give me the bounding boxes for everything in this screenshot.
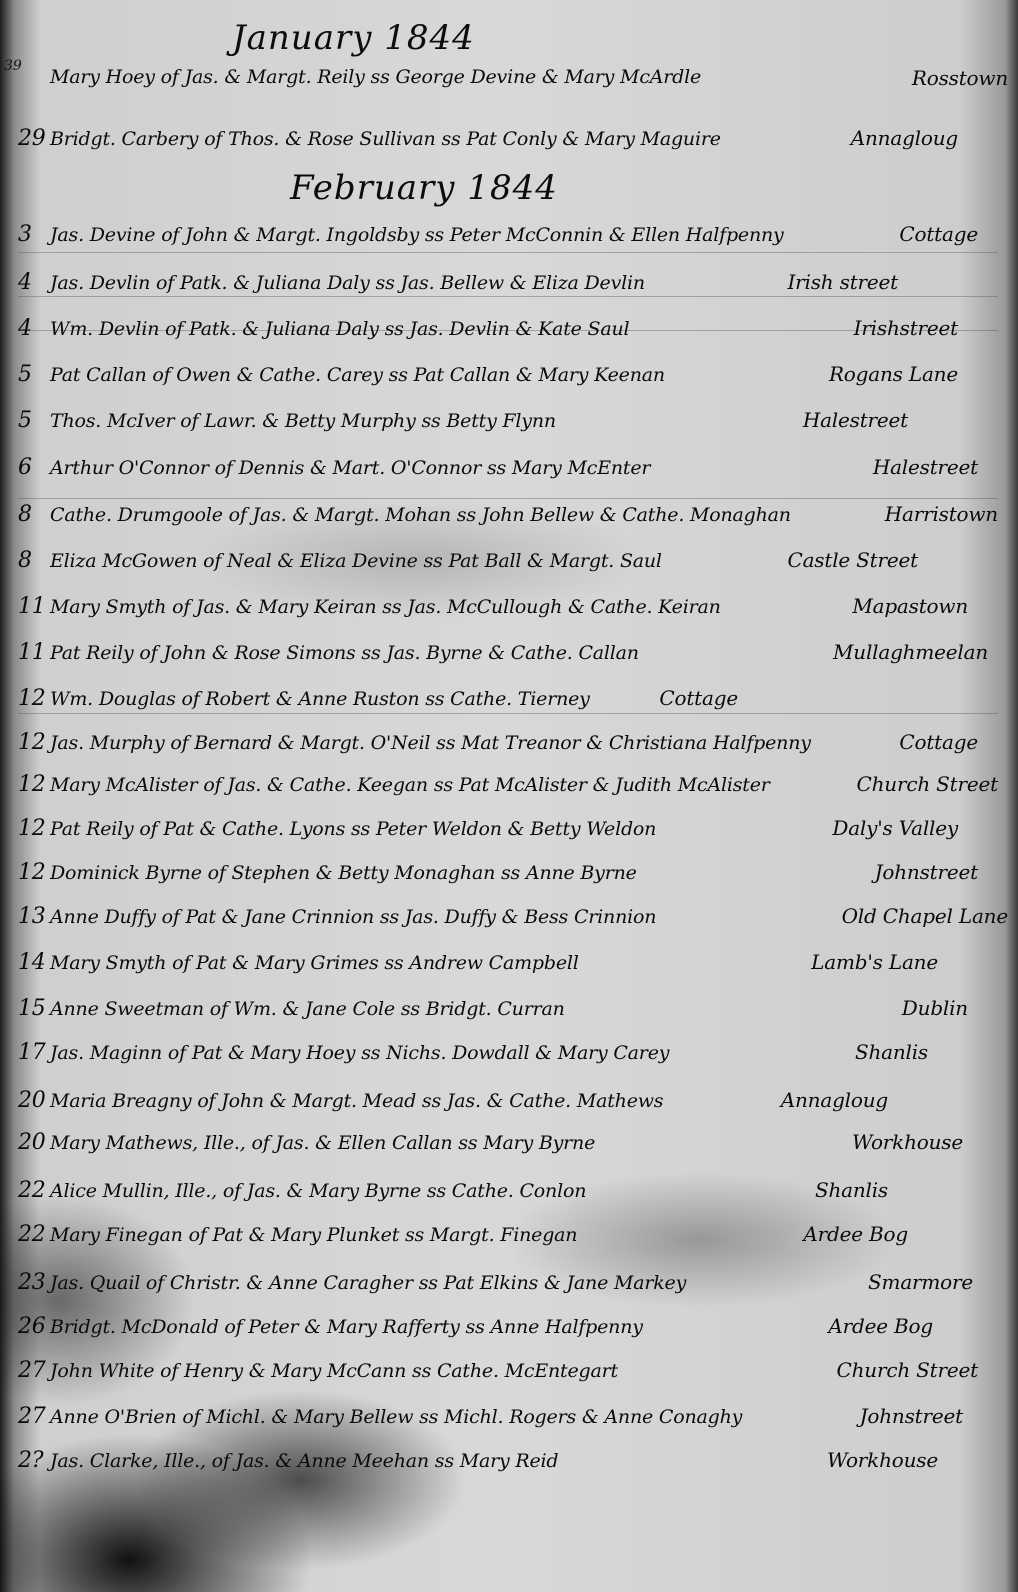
entry-day: 11 [18, 640, 50, 665]
entry-day: 22 [18, 1222, 50, 1247]
entry-sponsors: ss Jas. Duffy & Bess Crinnion [380, 906, 656, 928]
entry-residence: Church Street [837, 1358, 978, 1382]
register-entry: 8Eliza McGowen of Neal & Eliza Devine ss… [18, 548, 918, 588]
entry-day: 22 [18, 1178, 50, 1203]
entry-sponsors: ss Jas. Bellew & Eliza Devlin [376, 272, 645, 294]
entry-child: Maria Breagny [50, 1090, 191, 1112]
entry-residence: Ardee Bog [803, 1222, 908, 1246]
register-entry: 6Arthur O'Connor of Dennis & Mart. O'Con… [18, 455, 978, 495]
entry-child: Pat Reily [50, 642, 134, 664]
entry-residence: Johnstreet [875, 860, 978, 884]
entry-child: John White [50, 1360, 154, 1382]
entry-child: Bridgt. McDonald [50, 1316, 219, 1338]
entry-parents: of Owen & Cathe. Carey [152, 364, 382, 386]
register-entry: 12Jas. Murphy of Bernard & Margt. O'Neil… [18, 730, 978, 770]
entry-sponsors: ss Bridgt. Curran [401, 998, 565, 1020]
register-entry: 15Anne Sweetman of Wm. & Jane Cole ss Br… [18, 996, 968, 1036]
entry-parents: of John & Margt. Ingoldsby [161, 224, 419, 246]
entry-parents: of Christr. & Anne Caragher [146, 1272, 413, 1294]
entry-sponsors: ss Nichs. Dowdall & Mary Carey [361, 1042, 669, 1064]
entry-day: 12 [18, 772, 50, 797]
register-entry: 11Mary Smyth of Jas. & Mary Keiran ss Ja… [18, 594, 968, 634]
register-entry: 12Mary McAlister of Jas. & Cathe. Keegan… [18, 772, 998, 812]
register-entry: 12Dominick Byrne of Stephen & Betty Mona… [18, 860, 978, 900]
entry-child: Anne Sweetman [50, 998, 204, 1020]
entry-day: 5 [18, 362, 50, 387]
entry-day: 5 [18, 408, 50, 433]
entry-sponsors: ss Peter McConnin & Ellen Halfpenny [425, 224, 784, 246]
entry-residence: Lamb's Lane [811, 950, 938, 974]
entry-child: Pat Callan [50, 364, 147, 386]
register-entry: 13Anne Duffy of Pat & Jane Crinnion ss J… [18, 904, 1008, 944]
entry-day: 8 [18, 502, 50, 527]
register-entry: 3Jas. Devine of John & Margt. Ingoldsby … [18, 222, 978, 262]
entry-day: 11 [18, 594, 50, 619]
entry-child: Mary Finegan [50, 1224, 183, 1246]
entry-sponsors: ss Mary Reid [435, 1450, 559, 1472]
entry-parents: of Patk. & Juliana Daly [156, 272, 370, 294]
entry-sponsors: ss Betty Flynn [421, 410, 555, 432]
entry-residence: Johnstreet [860, 1404, 963, 1428]
entry-day: 29 [18, 126, 50, 151]
entry-parents: of Dennis & Mart. O'Connor [215, 457, 481, 479]
entry-residence: Rogans Lane [829, 362, 958, 386]
entry-parents: of Bernard & Margt. O'Neil [170, 732, 430, 754]
entry-parents: of Patk. & Juliana Daly [165, 318, 379, 340]
entry-parents: of Jas. & Anne Meehan [212, 1450, 429, 1472]
entry-day: 12 [18, 730, 50, 755]
register-entry: 4Wm. Devlin of Patk. & Juliana Daly ss J… [18, 316, 958, 356]
entry-parents: of John & Margt. Mead [197, 1090, 416, 1112]
entry-residence: Old Chapel Lane [842, 904, 1008, 928]
month-heading-january: January 1844 [232, 18, 475, 58]
entry-residence: Daly's Valley [832, 816, 958, 840]
register-entry: 20Mary Mathews, Ille., of Jas. & Ellen C… [18, 1130, 963, 1170]
entry-sponsors: ss Cathe. Conlon [427, 1180, 586, 1202]
entry-sponsors: ss Margt. Finegan [405, 1224, 577, 1246]
entry-residence: Rosstown [912, 66, 1008, 90]
entry-residence: Cottage [899, 222, 978, 246]
entry-residence: Irishstreet [854, 316, 958, 340]
entry-child: Cathe. Drumgoole [50, 504, 223, 526]
entry-residence: Irish street [787, 270, 898, 294]
entry-child: Jas. Murphy [50, 732, 164, 754]
entry-sponsors: ss Mary McEnter [487, 457, 650, 479]
register-entry: 12Pat Reily of Pat & Cathe. Lyons ss Pet… [18, 816, 958, 856]
entry-parents: of Robert & Anne Ruston [182, 688, 420, 710]
register-entry: 27John White of Henry & Mary McCann ss C… [18, 1358, 978, 1398]
entry-day: 20 [18, 1130, 50, 1155]
entry-child: Anne O'Brien [50, 1406, 176, 1428]
entry-sponsors: ss Jas. Byrne & Cathe. Callan [361, 642, 638, 664]
entry-day: 6 [18, 455, 50, 480]
entry-child: Wm. Devlin [50, 318, 159, 340]
entry-child: Jas. Devine [50, 224, 155, 246]
entry-residence: Church Street [857, 772, 998, 796]
entry-parents: of Pat & Jane Crinnion [162, 906, 374, 928]
entry-sponsors: ss Jas. Devlin & Kate Saul [385, 318, 630, 340]
entry-residence: Cottage [659, 686, 738, 710]
register-entry: 29 Bridgt. Carbery of Thos. & Rose Sulli… [18, 126, 958, 166]
entry-residence: Shanlis [855, 1040, 928, 1064]
entry-sponsors: ss Anne Byrne [501, 862, 637, 884]
entry-parents: of Jas. & Mary Byrne [223, 1180, 421, 1202]
entry-sponsors: ss Pat Ball & Margt. Saul [424, 550, 662, 572]
entry-day: 15 [18, 996, 50, 1021]
entry-residence: Smarmore [868, 1270, 973, 1294]
entry-child: Eliza McGowen [50, 550, 197, 572]
entry-residence: Castle Street [787, 548, 918, 572]
entry-parents: of Pat & Mary Plunket [189, 1224, 400, 1246]
entry-parents: of Pat & Mary Hoey [168, 1042, 355, 1064]
entry-day: 4 [18, 316, 50, 341]
entry-residence: Annagloug [781, 1088, 888, 1112]
register-entry: 2?Jas. Clarke, Ille., of Jas. & Anne Mee… [18, 1448, 938, 1488]
entry-residence: Halestreet [803, 408, 908, 432]
entry-residence: Workhouse [827, 1448, 938, 1472]
entry-sponsors: ss Michl. Rogers & Anne Conaghy [419, 1406, 742, 1428]
entry-day: 12 [18, 860, 50, 885]
entry-parents: of Jas. & Margt. Reily [161, 66, 365, 88]
entry-day: 23 [18, 1270, 50, 1295]
month-heading-february: February 1844 [290, 168, 558, 208]
entry-day: 20 [18, 1088, 50, 1113]
entry-parents: of Jas. & Mary Keiran [172, 596, 376, 618]
entry-parents: of Wm. & Jane Cole [210, 998, 395, 1020]
register-entry: 20Maria Breagny of John & Margt. Mead ss… [18, 1088, 888, 1128]
entry-child: Mary Mathews, Ille., [50, 1132, 246, 1154]
entry-day: 17 [18, 1040, 50, 1065]
entry-residence: Mullaghmeelan [833, 640, 988, 664]
entry-day: 3 [18, 222, 50, 247]
entry-child: Jas. Maginn [50, 1042, 162, 1064]
entry-child: Mary Smyth [50, 596, 166, 618]
register-entry: Mary Hoey of Jas. & Margt. Reily ss Geor… [18, 66, 1008, 106]
entry-day: 27 [18, 1404, 50, 1429]
entry-sponsors: ss Mat Treanor & Christiana Halfpenny [436, 732, 811, 754]
register-entry: 8Cathe. Drumgoole of Jas. & Margt. Mohan… [18, 502, 998, 542]
entry-parents: of Henry & Mary McCann [160, 1360, 406, 1382]
entry-residence: Workhouse [852, 1130, 963, 1154]
entry-parents: of Neal & Eliza Devine [203, 550, 418, 572]
entry-residence: Halestreet [873, 455, 978, 479]
entry-day: 26 [18, 1314, 50, 1339]
register-page: 39 January 1844 Mary Hoey of Jas. & Marg… [0, 0, 1018, 1592]
ruled-line [18, 498, 998, 499]
register-entry: 12Wm. Douglas of Robert & Anne Ruston ss… [18, 686, 738, 726]
entry-residence: Ardee Bog [828, 1314, 933, 1338]
entry-child: Thos. McIver [50, 410, 174, 432]
entry-parents: of Pat & Cathe. Lyons [139, 818, 345, 840]
entry-child: Alice Mullin, Ille., [50, 1180, 217, 1202]
entry-parents: of Jas. & Cathe. Keegan [203, 774, 428, 796]
entry-child: Wm. Douglas [50, 688, 176, 710]
entry-day: 2? [18, 1448, 50, 1473]
entry-sponsors: ss Pat Elkins & Jane Markey [419, 1272, 686, 1294]
register-entry: 11Pat Reily of John & Rose Simons ss Jas… [18, 640, 988, 680]
entry-sponsors: ss Pat Conly & Mary Maguire [441, 128, 720, 150]
entry-day: 27 [18, 1358, 50, 1383]
entry-parents: of Pat & Mary Grimes [172, 952, 378, 974]
entry-child: Jas. Quail [50, 1272, 140, 1294]
entry-sponsors: ss John Bellew & Cathe. Monaghan [457, 504, 791, 526]
entry-sponsors: ss Jas. McCullough & Cathe. Keiran [382, 596, 720, 618]
register-entry: 5Thos. McIver of Lawr. & Betty Murphy ss… [18, 408, 908, 448]
entry-sponsors: ss Cathe. McEntegart [412, 1360, 618, 1382]
entry-sponsors: ss Mary Byrne [458, 1132, 595, 1154]
register-entry: 17Jas. Maginn of Pat & Mary Hoey ss Nich… [18, 1040, 928, 1080]
entry-sponsors: ss Cathe. Tierney [425, 688, 590, 710]
entry-parents: of John & Rose Simons [139, 642, 355, 664]
register-entry: 27Anne O'Brien of Michl. & Mary Bellew s… [18, 1404, 963, 1444]
entry-sponsors: ss Jas. & Cathe. Mathews [422, 1090, 663, 1112]
register-entry: 22Mary Finegan of Pat & Mary Plunket ss … [18, 1222, 908, 1262]
entry-parents: of Stephen & Betty Monaghan [208, 862, 496, 884]
entry-day: 8 [18, 548, 50, 573]
entry-day: 13 [18, 904, 50, 929]
entry-day: 4 [18, 270, 50, 295]
entry-day: 14 [18, 950, 50, 975]
entry-child: Jas. Clarke, Ille., [50, 1450, 206, 1472]
entry-residence: Shanlis [815, 1178, 888, 1202]
entry-child: Dominick Byrne [50, 862, 202, 884]
entry-parents: of Thos. & Rose Sullivan [204, 128, 435, 150]
entry-child: Jas. Devlin [50, 272, 150, 294]
entry-child: Bridgt. Carbery [50, 128, 198, 150]
register-entry: 4Jas. Devlin of Patk. & Juliana Daly ss … [18, 270, 898, 310]
entry-child: Pat Reily [50, 818, 134, 840]
register-entry: 5Pat Callan of Owen & Cathe. Carey ss Pa… [18, 362, 958, 402]
register-entry: 23Jas. Quail of Christr. & Anne Caragher… [18, 1270, 973, 1310]
entry-residence: Mapastown [852, 594, 968, 618]
entry-residence: Dublin [902, 996, 968, 1020]
register-entry: 14Mary Smyth of Pat & Mary Grimes ss And… [18, 950, 938, 990]
entry-parents: of Peter & Mary Rafferty [224, 1316, 459, 1338]
entry-residence: Annagloug [851, 126, 958, 150]
entry-child: Anne Duffy [50, 906, 156, 928]
entry-child: Mary Hoey [50, 66, 155, 88]
register-entry: 26Bridgt. McDonald of Peter & Mary Raffe… [18, 1314, 933, 1354]
entry-sponsors: ss Andrew Campbell [384, 952, 578, 974]
register-entry: 22Alice Mullin, Ille., of Jas. & Mary By… [18, 1178, 888, 1218]
entry-sponsors: ss Pat Callan & Mary Keenan [389, 364, 665, 386]
entry-sponsors: ss Peter Weldon & Betty Weldon [351, 818, 656, 840]
entry-sponsors: ss George Devine & Mary McArdle [371, 66, 702, 88]
entry-parents: of Jas. & Margt. Mohan [229, 504, 451, 526]
entry-sponsors: ss Pat McAlister & Judith McAlister [434, 774, 770, 796]
entry-parents: of Jas. & Ellen Callan [251, 1132, 452, 1154]
entry-day: 12 [18, 816, 50, 841]
entry-day: 12 [18, 686, 50, 711]
entry-parents: of Michl. & Mary Bellew [182, 1406, 413, 1428]
entry-residence: Cottage [899, 730, 978, 754]
entry-child: Mary McAlister [50, 774, 198, 796]
entry-child: Mary Smyth [50, 952, 166, 974]
entry-parents: of Lawr. & Betty Murphy [180, 410, 415, 432]
entry-sponsors: ss Anne Halfpenny [466, 1316, 643, 1338]
entry-residence: Harristown [885, 502, 998, 526]
entry-child: Arthur O'Connor [50, 457, 209, 479]
